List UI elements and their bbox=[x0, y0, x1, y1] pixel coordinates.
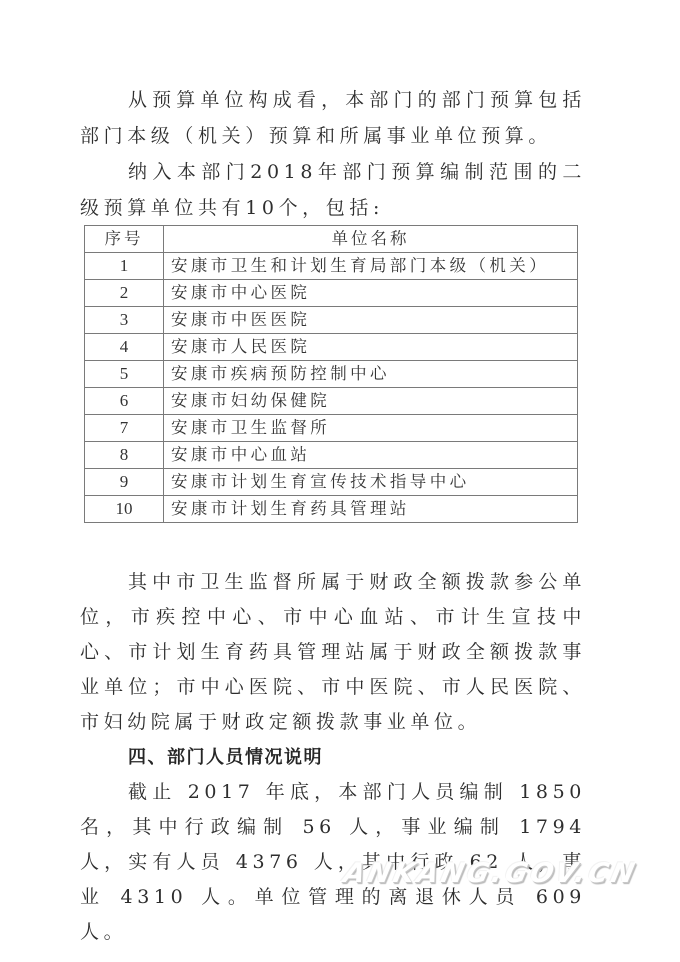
column-header-unit-name: 单位名称 bbox=[164, 226, 578, 253]
row-number: 9 bbox=[85, 469, 164, 496]
unit-name: 安康市卫生和计划生育局部门本级（机关） bbox=[164, 253, 578, 280]
row-number: 7 bbox=[85, 415, 164, 442]
section-heading-staffing: 四、部门人员情况说明 bbox=[80, 740, 586, 775]
table-row: 5 安康市疾病预防控制中心 bbox=[85, 361, 578, 388]
lower-section: 其中市卫生监督所属于财政全额拨款参公单位，市疾控中心、市中心血站、市计生宣技中心… bbox=[80, 565, 586, 950]
table-row: 8 安康市中心血站 bbox=[85, 442, 578, 469]
classification-paragraph: 其中市卫生监督所属于财政全额拨款参公单位，市疾控中心、市中心血站、市计生宣技中心… bbox=[80, 565, 586, 740]
row-number: 8 bbox=[85, 442, 164, 469]
table-row: 1 安康市卫生和计划生育局部门本级（机关） bbox=[85, 253, 578, 280]
unit-name: 安康市卫生监督所 bbox=[164, 415, 578, 442]
unit-name: 安康市计划生育宣传技术指导中心 bbox=[164, 469, 578, 496]
units-table-container: 序号 单位名称 1 安康市卫生和计划生育局部门本级（机关） 2 安康市中心医院 … bbox=[84, 225, 578, 523]
table-row: 10 安康市计划生育药具管理站 bbox=[85, 496, 578, 523]
row-number: 6 bbox=[85, 388, 164, 415]
unit-name: 安康市计划生育药具管理站 bbox=[164, 496, 578, 523]
table-row: 4 安康市人民医院 bbox=[85, 334, 578, 361]
unit-name: 安康市中心血站 bbox=[164, 442, 578, 469]
row-number: 4 bbox=[85, 334, 164, 361]
table-row: 9 安康市计划生育宣传技术指导中心 bbox=[85, 469, 578, 496]
row-number: 1 bbox=[85, 253, 164, 280]
table-row: 6 安康市妇幼保健院 bbox=[85, 388, 578, 415]
table-row: 7 安康市卫生监督所 bbox=[85, 415, 578, 442]
column-header-number: 序号 bbox=[85, 226, 164, 253]
intro-paragraph-budget-composition: 从预算单位构成看，本部门的部门预算包括部门本级（机关）预算和所属事业单位预算。 bbox=[80, 82, 586, 154]
units-table: 序号 单位名称 1 安康市卫生和计划生育局部门本级（机关） 2 安康市中心医院 … bbox=[84, 225, 578, 523]
row-number: 5 bbox=[85, 361, 164, 388]
row-number: 3 bbox=[85, 307, 164, 334]
unit-name: 安康市中医医院 bbox=[164, 307, 578, 334]
site-watermark: ANKANG.GOV.CN bbox=[341, 858, 640, 889]
intro-paragraph-unit-count: 纳入本部门2018年部门预算编制范围的二级预算单位共有10个，包括: bbox=[80, 154, 586, 226]
table-row: 3 安康市中医医院 bbox=[85, 307, 578, 334]
row-number: 10 bbox=[85, 496, 164, 523]
unit-name: 安康市疾病预防控制中心 bbox=[164, 361, 578, 388]
intro-section: 从预算单位构成看，本部门的部门预算包括部门本级（机关）预算和所属事业单位预算。 … bbox=[80, 82, 586, 226]
unit-name: 安康市中心医院 bbox=[164, 280, 578, 307]
unit-name: 安康市妇幼保健院 bbox=[164, 388, 578, 415]
table-row: 2 安康市中心医院 bbox=[85, 280, 578, 307]
table-header-row: 序号 单位名称 bbox=[85, 226, 578, 253]
unit-name: 安康市人民医院 bbox=[164, 334, 578, 361]
row-number: 2 bbox=[85, 280, 164, 307]
